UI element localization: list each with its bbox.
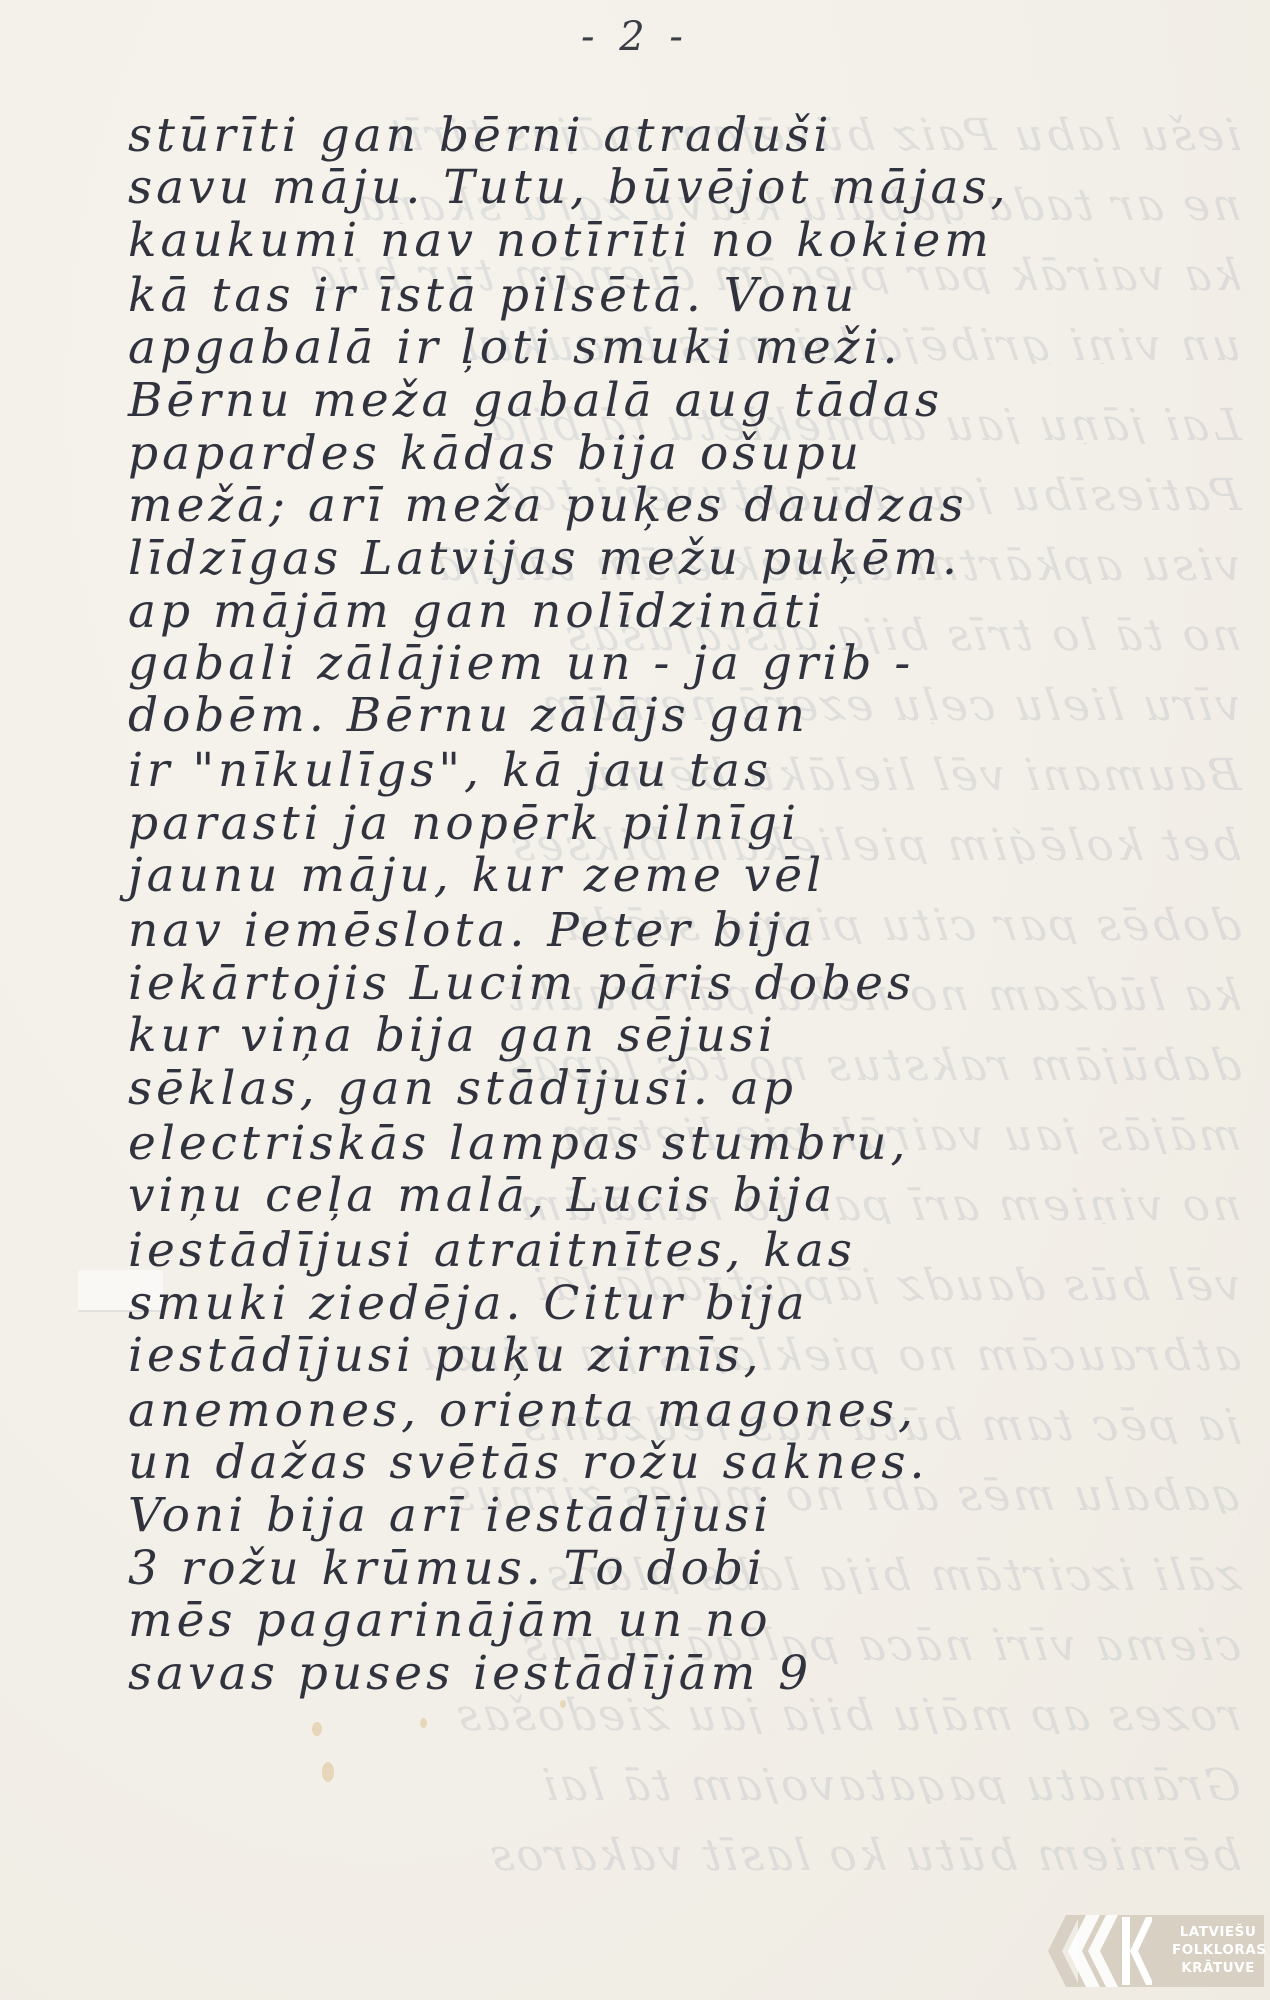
handwritten-line: līdzīgas Latvijas mežu puķēm. xyxy=(128,533,961,585)
handwritten-line: stūrīti gan bērni atraduši xyxy=(128,110,832,162)
handwritten-line: kā tas ir īstā pilsētā. Vonu xyxy=(128,270,858,322)
handwritten-line: Bērnu meža gabalā aug tādas xyxy=(128,375,943,427)
bleed-line: bērniem būtu ko lasīt vakaros xyxy=(57,1830,1243,1874)
watermark-line: KRĀTUVE xyxy=(1172,1959,1264,1977)
handwritten-line: iestādījusi puķu zirnīs, xyxy=(128,1330,763,1382)
stain-mark xyxy=(312,1722,322,1736)
handwritten-line: mēs pagarinājām un no xyxy=(128,1595,772,1647)
handwritten-line: nav iemēslota. Peter bija xyxy=(128,905,816,957)
handwritten-line: kur viņa bija gan sējusi xyxy=(128,1010,777,1062)
watermark-line: FOLKLORAS xyxy=(1172,1941,1264,1959)
handwritten-line: parasti ja nopērk pilnīgi xyxy=(128,798,800,850)
handwritten-line: iestādījusi atraitnītes, kas xyxy=(128,1225,856,1277)
handwritten-line: un dažas svētās rožu saknes. xyxy=(128,1437,928,1489)
paper-background: iešu labu Paiz būvējam mājas tirīt ne ar… xyxy=(0,0,1270,2000)
handwritten-line: ir "nīkulīgs", kā jau tas xyxy=(128,745,772,797)
handwritten-line: Voni bija arī iestādījusi xyxy=(128,1490,772,1542)
handwritten-line: apgabalā ir ļoti smuki meži. xyxy=(128,322,901,374)
handwritten-line: anemones, orienta magones, xyxy=(128,1385,917,1437)
handwritten-line: jaunu māju, kur zeme vēl xyxy=(128,850,825,902)
stain-mark xyxy=(560,1700,566,1708)
handwritten-line: savu māju. Tutu, būvējot mājas, xyxy=(128,162,1010,214)
handwritten-line: mežā; arī meža puķes daudzas xyxy=(128,480,968,532)
handwritten-line: ap mājām gan nolīdzināti xyxy=(128,586,826,638)
page-number: - 2 - xyxy=(0,14,1270,60)
stain-mark xyxy=(420,1718,427,1728)
watermark-text: LATVIEŠU FOLKLORAS KRĀTUVE xyxy=(1172,1923,1264,1977)
handwritten-line: kaukumi nav notīrīti no kokiem xyxy=(128,215,993,267)
stain-mark xyxy=(322,1762,334,1782)
handwritten-line: papardes kādas bija ošupu xyxy=(128,428,863,480)
handwritten-line: iekārtojis Lucim pāris dobes xyxy=(128,958,915,1010)
archive-watermark: LATVIEŠU FOLKLORAS KRĀTUVE xyxy=(1042,1915,1270,1987)
handwritten-line: smuki ziedēja. Citur bija xyxy=(128,1278,809,1330)
handwritten-line: savas puses iestādījām 9 xyxy=(128,1648,812,1700)
handwritten-line: sēklas, gan stādījusi. ap xyxy=(128,1063,797,1115)
watermark-line: LATVIEŠU xyxy=(1172,1923,1264,1941)
bleed-line: Grāmatu pagatavojam tā lai xyxy=(57,1760,1243,1804)
lfk-arrows-logo-icon xyxy=(1042,1915,1152,1987)
handwritten-line: gabali zālājiem un - ja grib - xyxy=(128,638,914,690)
handwritten-line: viņu ceļa malā, Lucis bija xyxy=(128,1170,836,1222)
handwritten-line: 3 rožu krūmus. To dobi xyxy=(128,1543,766,1595)
handwritten-line: electriskās lampas stumbru, xyxy=(128,1118,909,1170)
handwritten-line: dobēm. Bērnu zālājs gan xyxy=(128,690,809,742)
